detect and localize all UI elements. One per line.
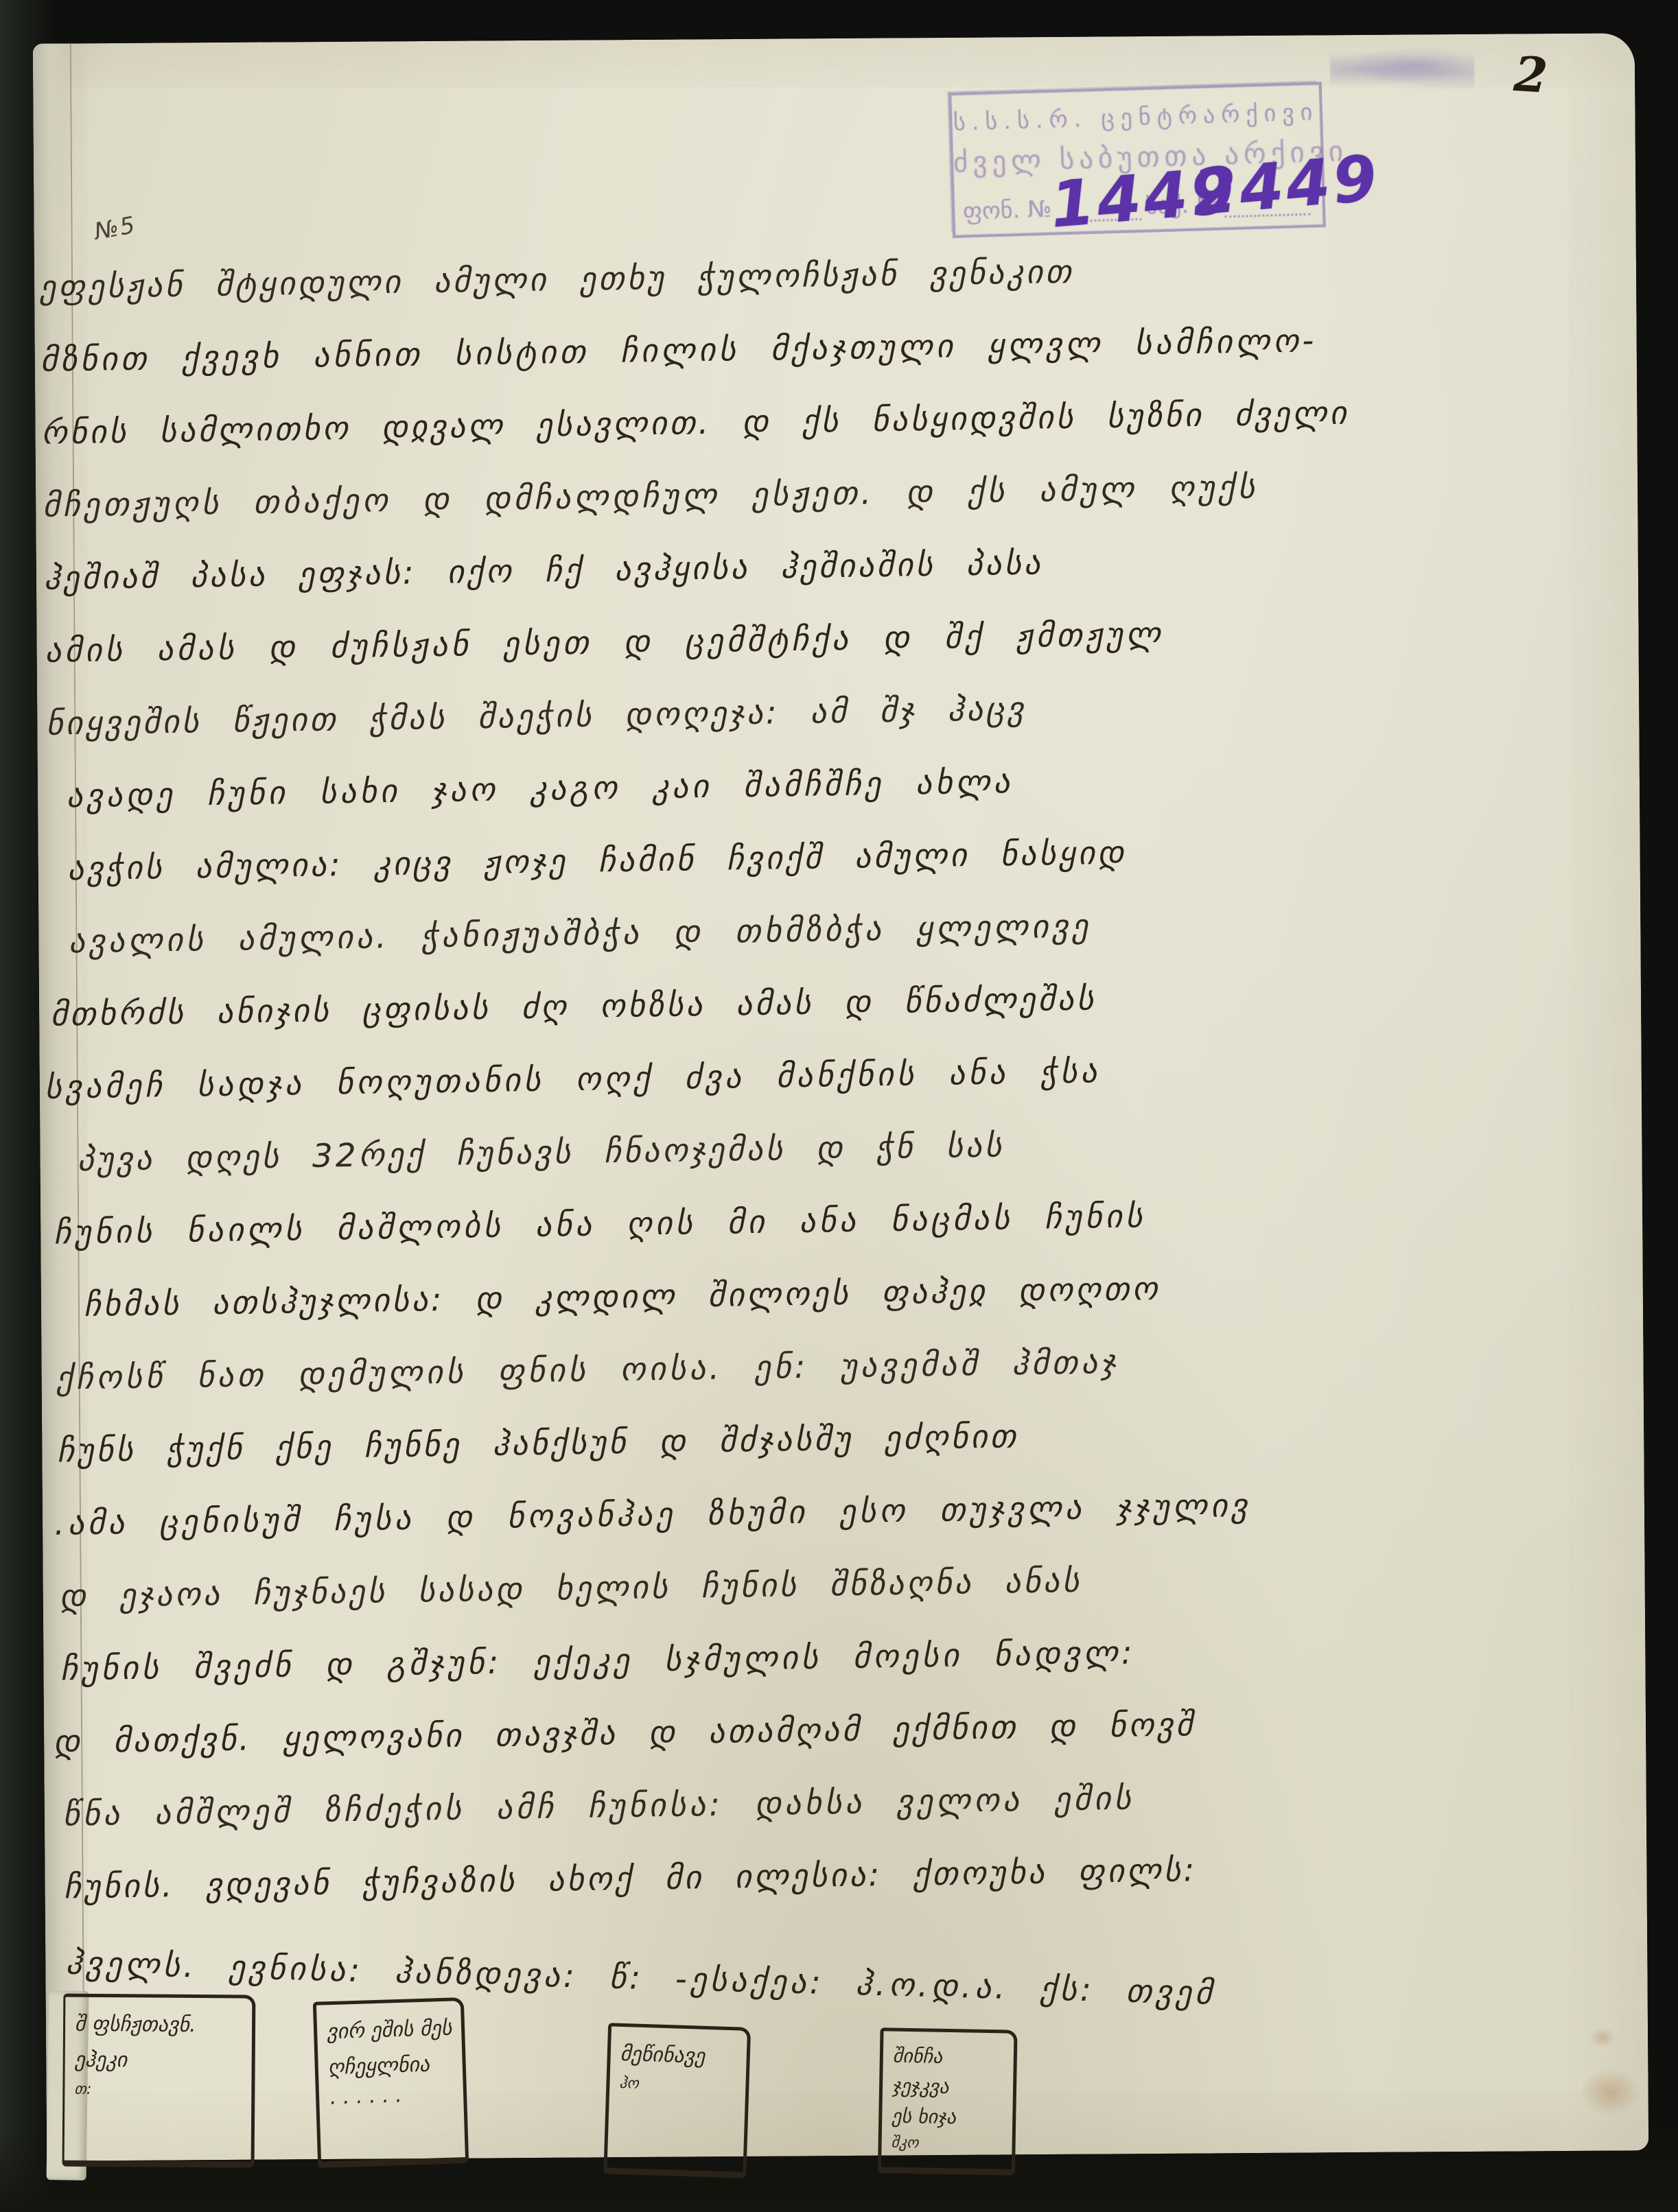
seal-box-line: ჯეჯკვა <box>892 2071 1005 2104</box>
seal-box: ვირ ეშის მესხიღჩეყლნია· · · · · · <box>313 1997 469 2168</box>
seal-box-line: ღჩეყლნია <box>327 2047 455 2086</box>
seal-box: შ ფსჩჟთავნ.ეჰეკით: <box>62 1994 256 2168</box>
seal-box-line: ეჰეკი <box>75 2043 244 2080</box>
seal-box-line: ვირ ეშის მესხი <box>326 2011 454 2051</box>
case-number-handwritten: 2449 <box>1190 141 1382 230</box>
seal-box-line: შკო <box>891 2132 1004 2157</box>
seal-box-line: მეწინავე <box>620 2036 739 2075</box>
margin-note: №5 <box>92 211 138 246</box>
seal-box: მეწინავეჰო <box>603 2023 751 2178</box>
paper-stain <box>1579 2068 1641 2117</box>
archive-stamp: ს.ს.ს.რ. ცენტრარქივი ძველ საბუთთა არქივი… <box>948 82 1326 238</box>
manuscript-body: ეფესჟან შტყიდული ამული ეთხუ ჭულოჩსჟან ვე… <box>39 244 1644 2016</box>
stamp-institution-line: ს.ს.ს.რ. ცენტრარქივი <box>952 98 1320 137</box>
page-number: 2 <box>1513 45 1550 104</box>
stamp-fond-label: ფონ. № <box>962 196 1052 226</box>
stamp-ink-smudge <box>1330 48 1474 90</box>
seal-box-line: · · · · · · <box>329 2082 456 2121</box>
seal-box-line: თ: <box>74 2078 243 2103</box>
seal-box-line: შინჩა <box>892 2041 1005 2073</box>
seal-box: შინჩაჯეჯკვაეს ხიჯაშკო <box>878 2027 1018 2176</box>
seal-box-line: ჰო <box>619 2072 738 2099</box>
seal-box-line: ეს ხიჯა <box>892 2102 1005 2134</box>
scanned-manuscript-page: { "page": { "number": "2", "margin_note"… <box>0 0 1678 2212</box>
manuscript-paper: №5 2 ს.ს.ს.რ. ცენტრარქივი ძველ საბუთთა ა… <box>33 33 1648 2161</box>
seal-box-line: შ ფსჩჟთავნ. <box>75 2007 244 2044</box>
manuscript-line: ჰველს. ევნისა: ჰანზდევა: წ: -ესაქეა: ჰ.ო… <box>65 1944 1644 2059</box>
